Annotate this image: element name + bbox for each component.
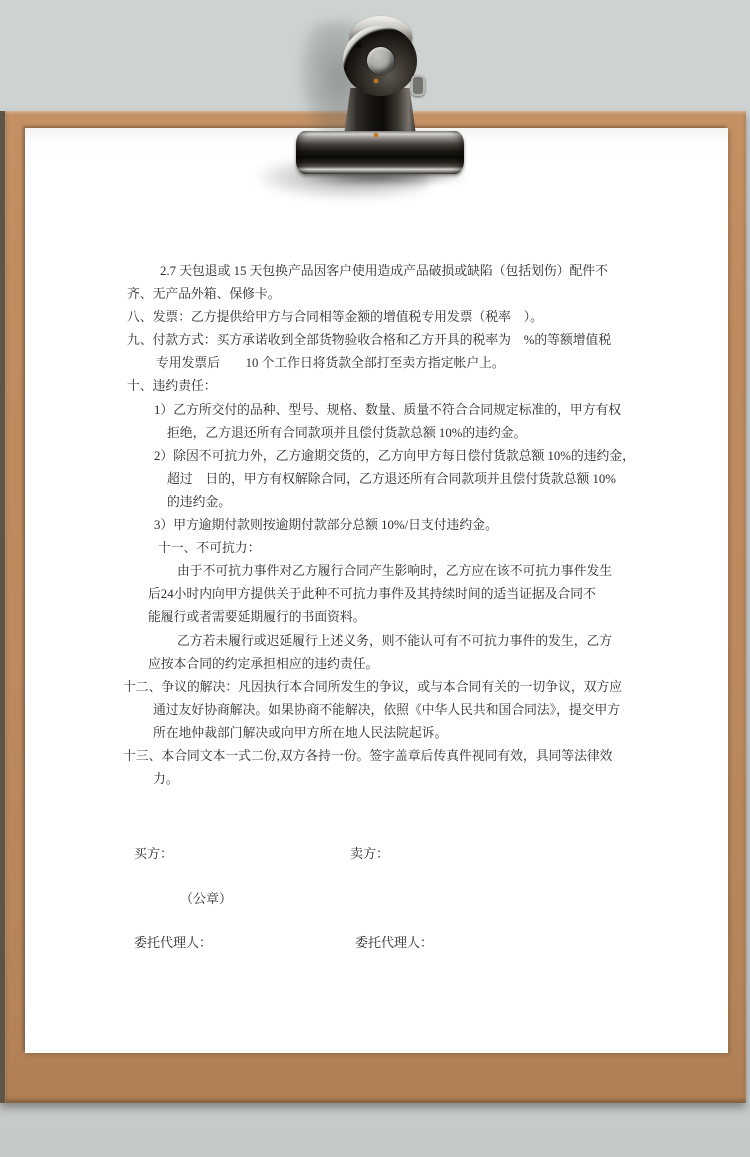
contract-line: 专用发票后 10 个工作日将货款全部打至卖方指定帐户上。 (123, 352, 643, 375)
contract-line: 能履行或者需要延期履行的书面资料。 (123, 606, 643, 629)
contract-line: 力。 (123, 768, 643, 791)
contract-line: 超过 日的，甲方有权解除合同，乙方退还所有合同款项并且偿付货款总额 10% (123, 468, 643, 491)
seller-agent-label: 委托代理人： (355, 932, 433, 951)
seller-label: 卖方： (350, 843, 389, 862)
contract-line: 乙方若未履行或迟延履行上述义务，则不能认可有不可抗力事件的发生，乙方 (123, 630, 643, 653)
contract-line: 齐、无产品外箱、保修卡。 (123, 283, 643, 306)
contract-text-block: 2.7 天包退或 15 天包换产品因客户使用造成产品破损或缺陷（包括划伤）配件不… (123, 260, 643, 791)
contract-line: 3）甲方逾期付款则按逾期付款部分总额 10%/日支付违约金。 (123, 514, 643, 537)
contract-line: 所在地仲裁部门解决或向甲方所在地人民法院起诉。 (123, 722, 643, 745)
contract-line: 1）乙方所交付的品种、型号、规格、数量、质量不符合合同规定标准的，甲方有权 (123, 399, 643, 422)
seal-label: （公章） (180, 888, 232, 907)
contract-line: 十一、不可抗力： (123, 537, 643, 560)
contract-line: 十、违约责任： (123, 375, 643, 398)
buyer-agent-label: 委托代理人： (134, 932, 212, 951)
contract-line: 十二、争议的解决：凡因执行本合同所发生的争议，或与本合同有关的一切争议，双方应 (123, 676, 643, 699)
contract-line: 后24小时内向甲方提供关于此种不可抗力事件及其持续时间的适当证据及合同不 (123, 583, 643, 606)
contract-line: 十三、本合同文本一式二份,双方各持一份。签字盖章后传真件视同有效，具同等法律效 (123, 745, 643, 768)
contract-line: 通过友好协商解决。如果协商不能解决，依照《中华人民共和国合同法》，提交甲方 (123, 699, 643, 722)
contract-line: 由于不可抗力事件对乙方履行合同产生影响时，乙方应在该不可抗力事件发生 (123, 560, 643, 583)
buyer-label: 买方： (134, 843, 173, 862)
contract-line: 应按本合同的约定承担相应的违约责任。 (123, 653, 643, 676)
contract-line: 拒绝，乙方退还所有合同款项并且偿付货款总额 10%的违约金。 (123, 422, 643, 445)
contract-line: 2）除因不可抗力外，乙方逾期交货的，乙方向甲方每日偿付货款总额 10%的违约金， (123, 445, 643, 468)
contract-line: 2.7 天包退或 15 天包换产品因客户使用造成产品破损或缺陷（包括划伤）配件不 (123, 260, 643, 283)
contract-line: 八、发票：乙方提供给甲方与合同相等金额的增值税专用发票（税率 ）。 (123, 306, 643, 329)
contract-line: 的违约金。 (123, 491, 643, 514)
contract-line: 九、付款方式：买方承诺收到全部货物验收合格和乙方开具的税率为 %的等额增值税 (123, 329, 643, 352)
